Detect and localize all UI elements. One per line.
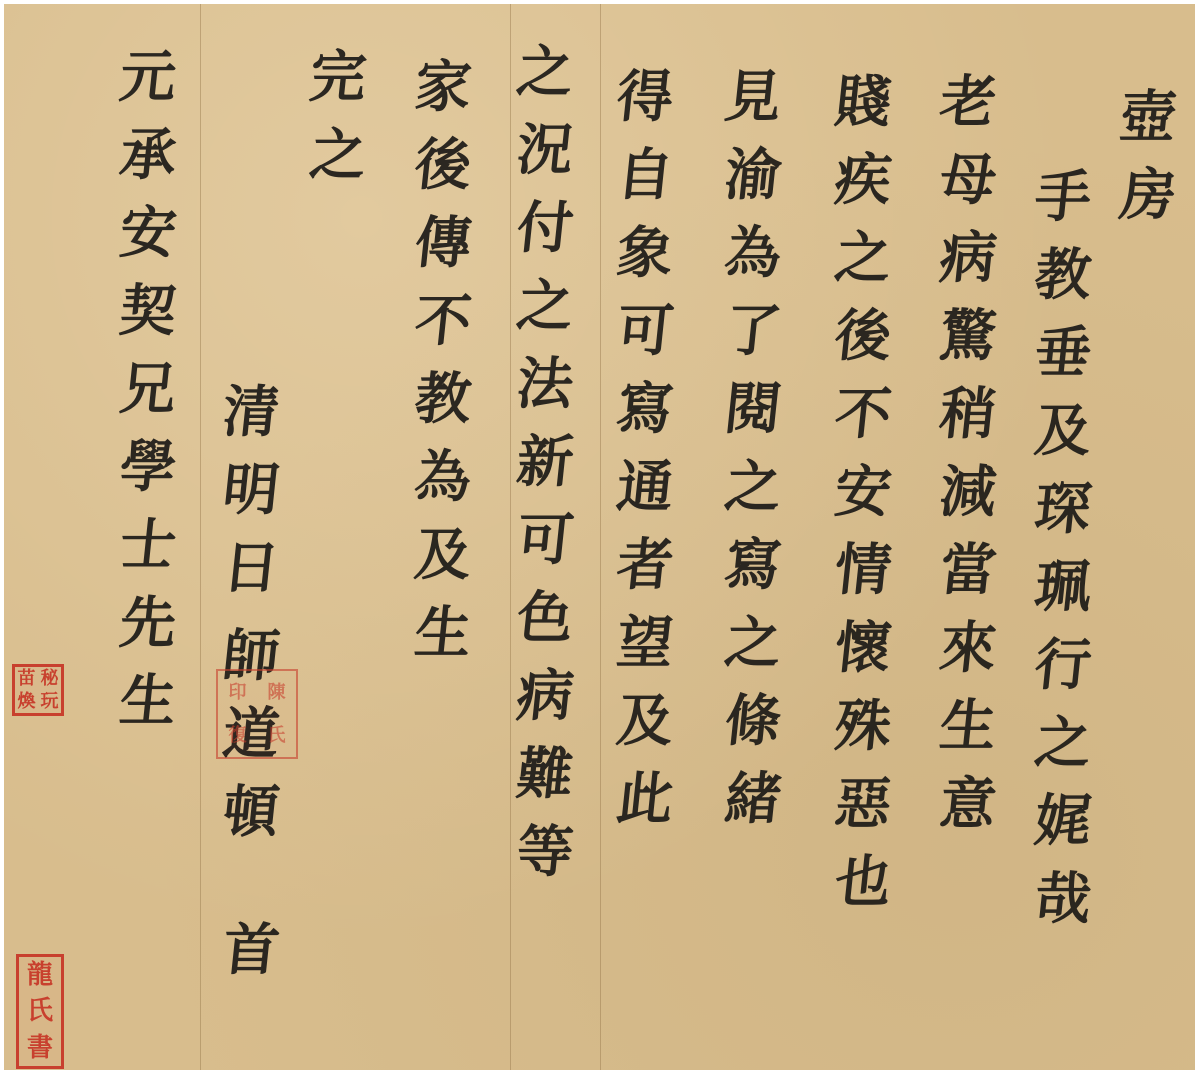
collector-seal: 苗 秘 煥 玩 (12, 664, 64, 716)
character: 渝 (720, 147, 784, 225)
text-column-7: 之 況 付 之 法 新 可 色 病 難 等 (516, 44, 572, 902)
seal-character: 陳 (268, 684, 286, 702)
character: 之 (720, 459, 784, 537)
character: 閱 (720, 381, 784, 459)
character: 日 (218, 540, 282, 618)
calligraphy-paper: 壺 房 手 教 垂 及 琛 珮 行 之 娓 哉 老 母 病 驚 稍 減 當 來 … (4, 4, 1195, 1070)
paper-fold-line (600, 4, 601, 1070)
character: 之 (1030, 715, 1094, 793)
character: 可 (512, 512, 576, 590)
character: 可 (612, 303, 676, 381)
seal-character: 復 (229, 727, 247, 745)
character: 法 (512, 356, 576, 434)
character: 首 (218, 922, 282, 1000)
text-column-6: 得 自 象 可 寫 通 者 望 及 此 (616, 69, 672, 849)
character: 清 (218, 384, 282, 462)
character: 哉 (1030, 871, 1094, 949)
character: 疾 (830, 152, 894, 230)
character: 士 (115, 517, 179, 595)
character: 傳 (410, 215, 474, 293)
character: 病 (512, 668, 576, 746)
character: 契 (115, 283, 179, 361)
character: 元 (115, 49, 179, 127)
character: 安 (115, 205, 179, 283)
character: 新 (512, 434, 576, 512)
character: 教 (1030, 247, 1094, 325)
character: 象 (612, 225, 676, 303)
seal-character: 苗 (18, 670, 36, 688)
character: 此 (612, 771, 676, 849)
character: 明 (218, 462, 282, 540)
character: 生 (410, 605, 474, 683)
character: 來 (935, 620, 999, 698)
character: 為 (720, 225, 784, 303)
character: 條 (720, 693, 784, 771)
text-column-4: 賤 疾 之 後 不 安 情 懷 殊 惡 也 (834, 74, 890, 932)
character: 通 (612, 459, 676, 537)
character: 賤 (830, 74, 894, 152)
character: 殊 (830, 698, 894, 776)
addressee-column: 元 承 安 契 兄 學 士 先 生 (119, 49, 175, 751)
character: 手 (1030, 169, 1094, 247)
text-column-2: 手 教 垂 及 琛 珮 行 之 娓 哉 (1034, 169, 1090, 949)
seal-character: 書 (27, 1035, 53, 1061)
character: 色 (512, 590, 576, 668)
seal-character: 氏 (27, 998, 53, 1024)
character: 後 (830, 308, 894, 386)
character: 之 (305, 127, 369, 205)
character: 自 (612, 147, 676, 225)
character: 寫 (720, 537, 784, 615)
character: 生 (935, 698, 999, 776)
character: 稍 (935, 386, 999, 464)
character: 及 (1030, 403, 1094, 481)
character: 寫 (612, 381, 676, 459)
text-column-9: 完 之 (309, 49, 365, 205)
character: 惡 (830, 776, 894, 854)
seal-character: 印 (229, 684, 247, 702)
character: 也 (830, 854, 894, 932)
collector-seal-tall: 龍 氏 書 (16, 954, 64, 1069)
character: 行 (1030, 637, 1094, 715)
character: 之 (830, 230, 894, 308)
text-column-8: 家 後 傳 不 教 為 及 生 (414, 59, 470, 683)
character: 珮 (1030, 559, 1094, 637)
paper-fold-line (200, 4, 201, 1070)
signature-seal: 印 陳 復 氏 (216, 669, 298, 759)
character: 不 (410, 293, 474, 371)
seal-character: 秘 (41, 670, 59, 688)
character: 之 (720, 615, 784, 693)
seal-character: 煥 (18, 693, 36, 711)
character: 教 (410, 371, 474, 449)
character: 緒 (720, 771, 784, 849)
character: 為 (410, 449, 474, 527)
seal-character: 玩 (41, 693, 59, 711)
character: 及 (410, 527, 474, 605)
character: 母 (935, 152, 999, 230)
character: 頓 (218, 784, 282, 862)
character: 驚 (935, 308, 999, 386)
character: 付 (512, 200, 576, 278)
seal-character: 氏 (268, 727, 286, 745)
character: 完 (305, 49, 369, 127)
character: 等 (512, 824, 576, 902)
character: 承 (115, 127, 179, 205)
character: 之 (512, 278, 576, 356)
character: 後 (410, 137, 474, 215)
character: 難 (512, 746, 576, 824)
character: 老 (935, 74, 999, 152)
character: 情 (830, 542, 894, 620)
character: 生 (115, 673, 179, 751)
character: 望 (612, 615, 676, 693)
character: 學 (115, 439, 179, 517)
character: 兄 (115, 361, 179, 439)
character: 當 (935, 542, 999, 620)
character: 見 (720, 69, 784, 147)
character: 了 (720, 303, 784, 381)
character: 者 (612, 537, 676, 615)
text-column-3: 老 母 病 驚 稍 減 當 來 生 意 (939, 74, 995, 854)
character: 意 (935, 776, 999, 854)
character: 先 (115, 595, 179, 673)
character: 減 (935, 464, 999, 542)
character: 琛 (1030, 481, 1094, 559)
character: 不 (830, 386, 894, 464)
character: 房 (1115, 167, 1179, 245)
character: 家 (410, 59, 474, 137)
character: 之 (512, 44, 576, 122)
character: 懷 (830, 620, 894, 698)
character: 垂 (1030, 325, 1094, 403)
character: 及 (612, 693, 676, 771)
character: 壺 (1115, 89, 1179, 167)
seal-character: 龍 (27, 962, 53, 988)
character: 得 (612, 69, 676, 147)
character: 病 (935, 230, 999, 308)
text-column-1: 壺 房 (1119, 89, 1175, 245)
paper-fold-line (510, 4, 511, 1070)
character: 安 (830, 464, 894, 542)
character: 況 (512, 122, 576, 200)
text-column-5: 見 渝 為 了 閱 之 寫 之 條 緒 (724, 69, 780, 849)
character: 娓 (1030, 793, 1094, 871)
